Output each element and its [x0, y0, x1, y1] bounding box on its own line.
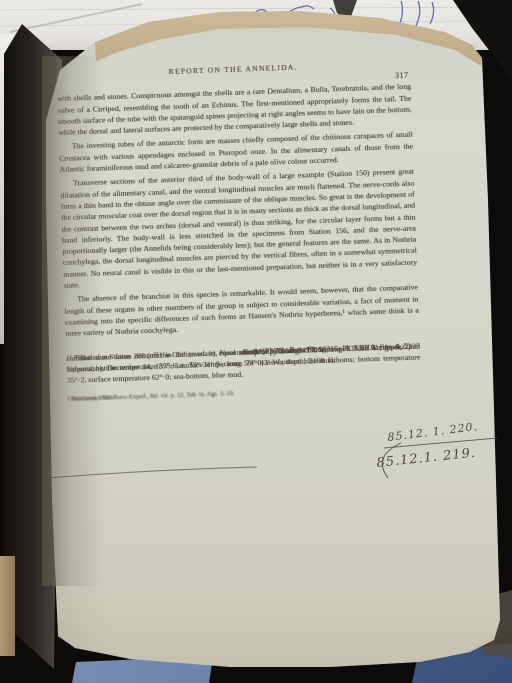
paragraph: Transverse sections of the anterior thir… — [60, 166, 418, 291]
habitat-paragraph: Habitat.—Trawled at Station 298 (off the… — [66, 340, 420, 352]
page-number: 317 — [395, 70, 409, 82]
footnote: ¹ Den norske Nordhavs-Exped., Bd. vii. p… — [68, 384, 422, 396]
pen-on-paper — [10, 4, 142, 32]
book-photo: REPORT ON THE ANNELIDA. 317 with shells … — [0, 0, 512, 683]
footnote-right: Christiania, 1882. — [68, 395, 114, 405]
printed-text-block: REPORT ON THE ANNELIDA. 317 with shells … — [56, 54, 427, 566]
paragraph: The absence of the branchiæ in this spec… — [64, 282, 419, 340]
paragraph: with shells and stones. Conspicuous amon… — [57, 81, 412, 139]
book-cover-edge — [0, 556, 15, 656]
